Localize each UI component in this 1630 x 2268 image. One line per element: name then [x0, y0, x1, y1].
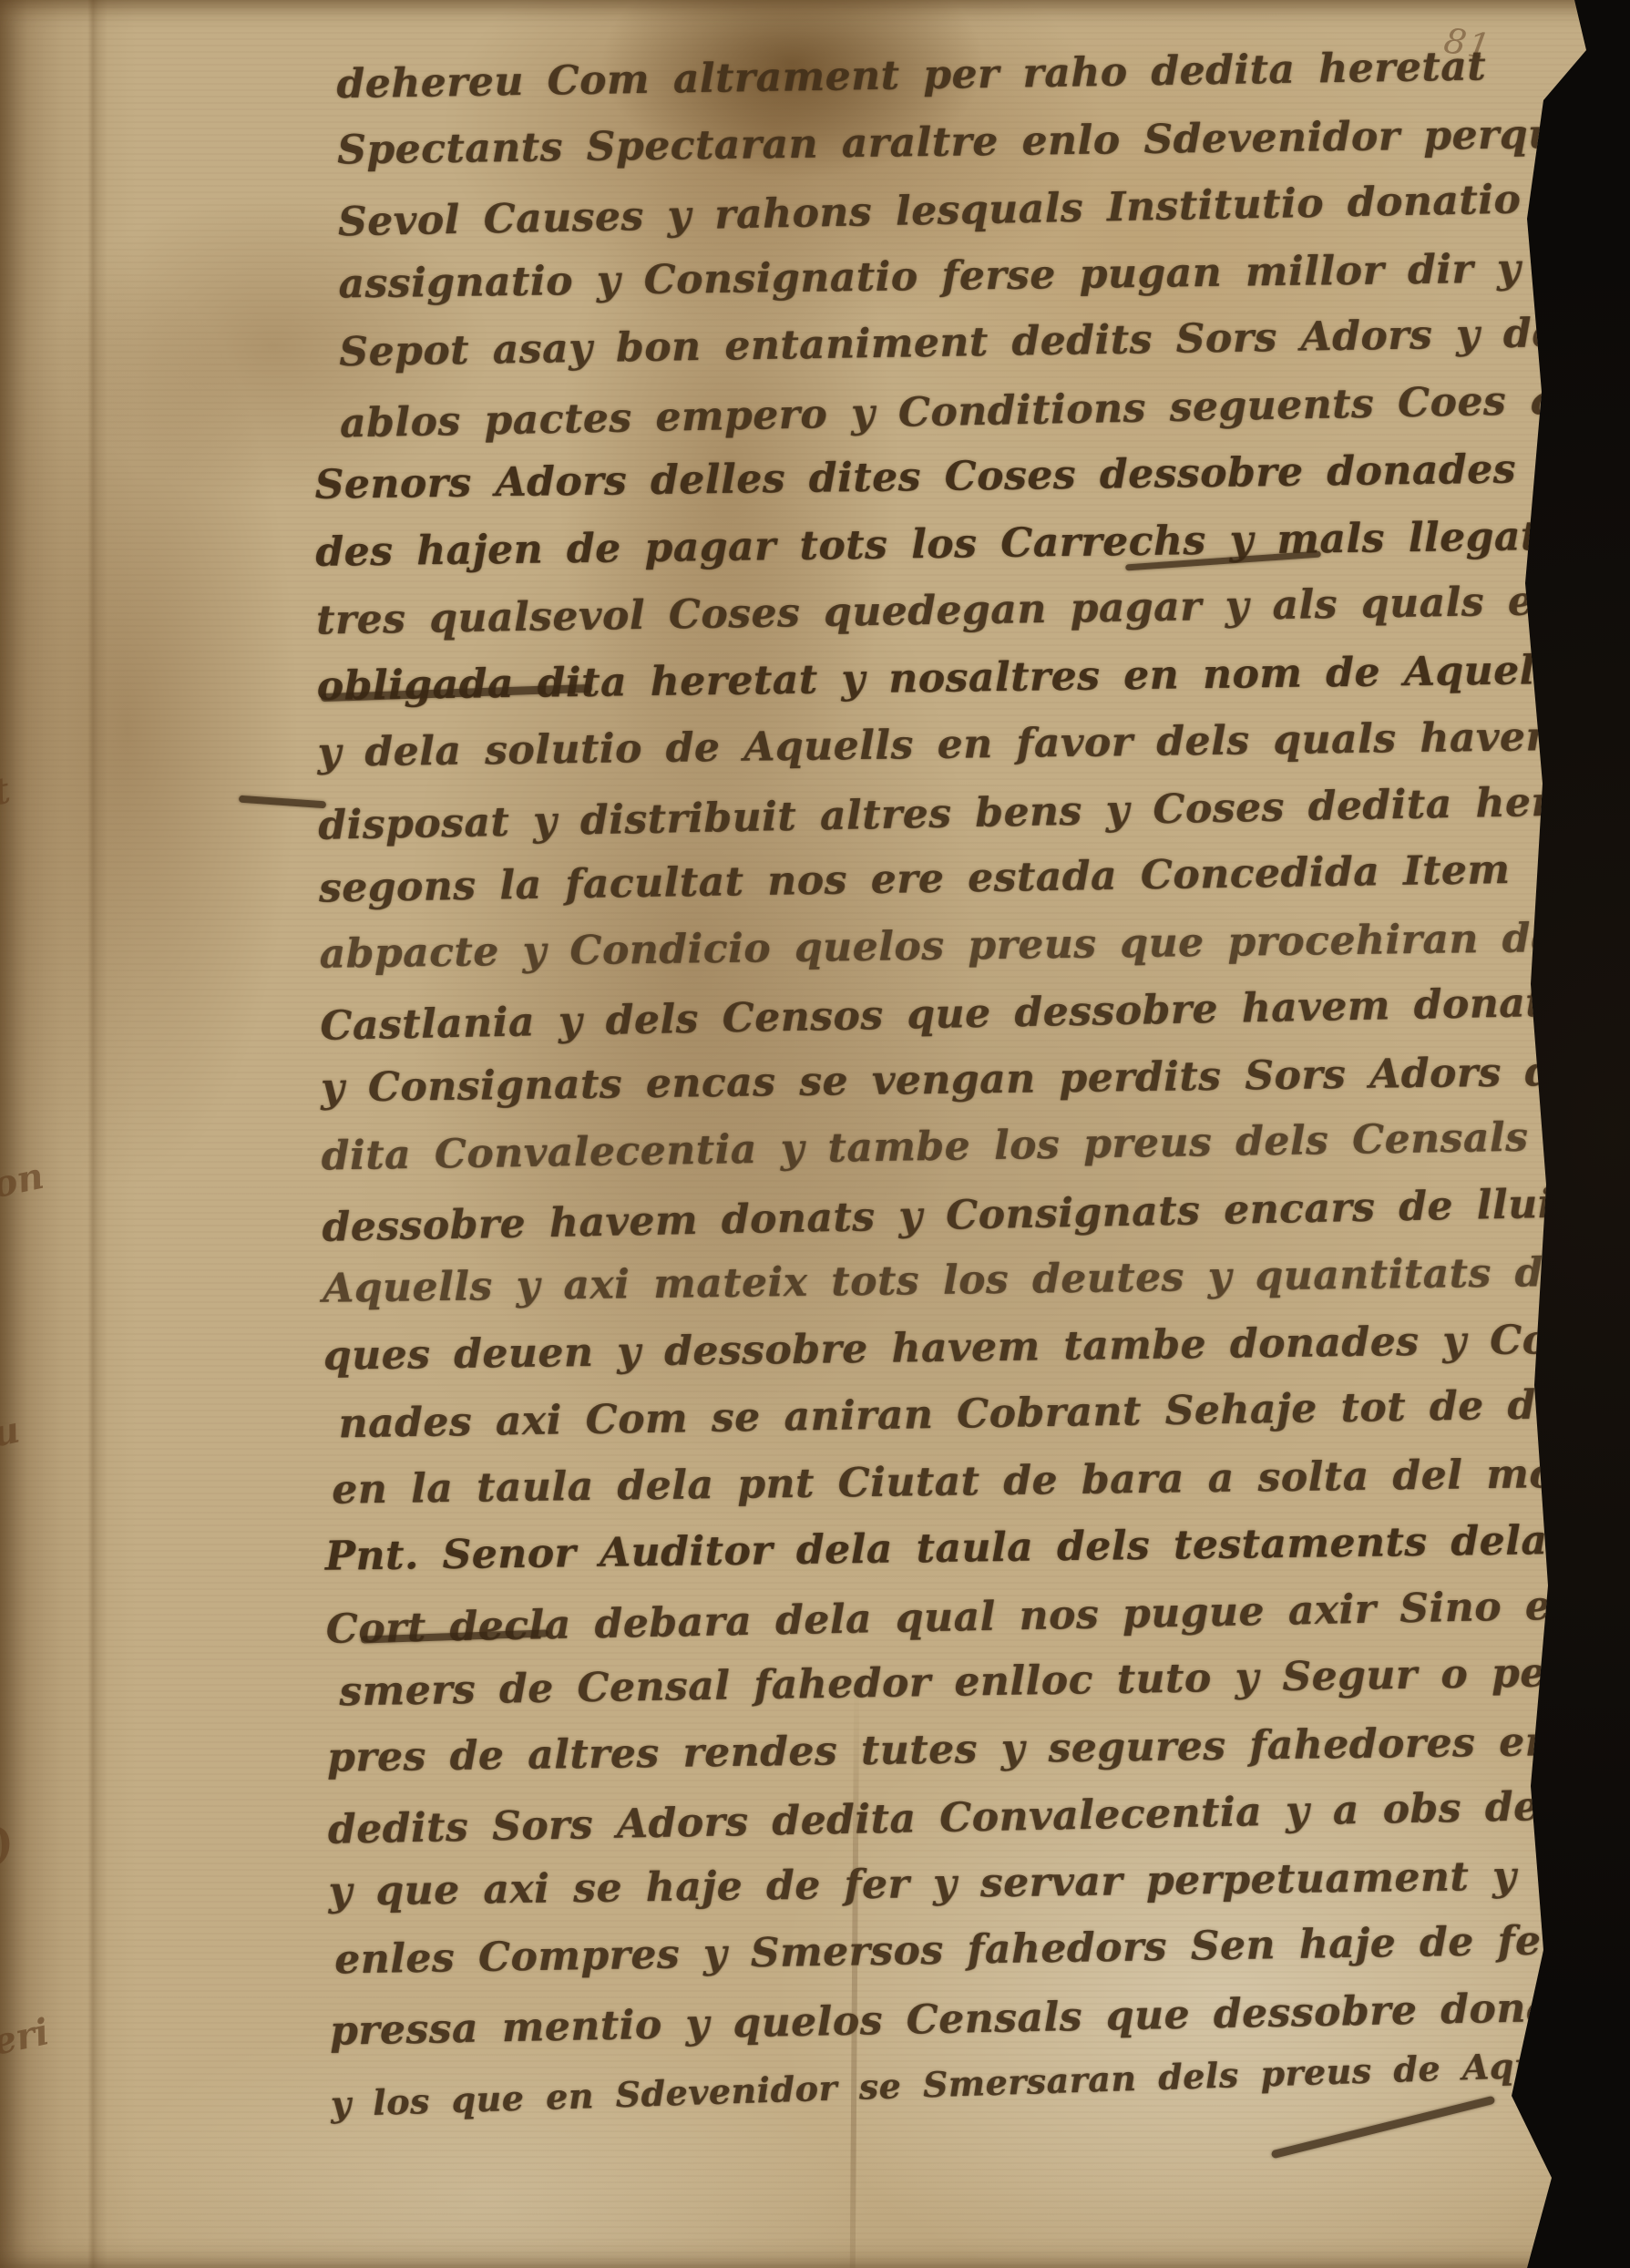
bleed-through-glyph: on: [0, 1155, 47, 1207]
bleed-through-glyph: t: [0, 769, 14, 815]
bleed-through-glyph: u: [0, 1408, 24, 1455]
bleed-through-glyph: eri: [0, 2010, 53, 2064]
manuscript-page: 81 dehereu Com altrament per raho dedita…: [0, 0, 1630, 2268]
bleed-through-glyph: ): [0, 1816, 18, 1870]
ink-margin-dash: [239, 795, 326, 809]
manuscript-text: dehereu Com altrament per raho dedita he…: [311, 36, 1543, 2124]
manuscript-scan: 81 dehereu Com altrament per raho dedita…: [0, 0, 1630, 2268]
bleed-through-marks: tonu)eri: [0, 0, 75, 2268]
